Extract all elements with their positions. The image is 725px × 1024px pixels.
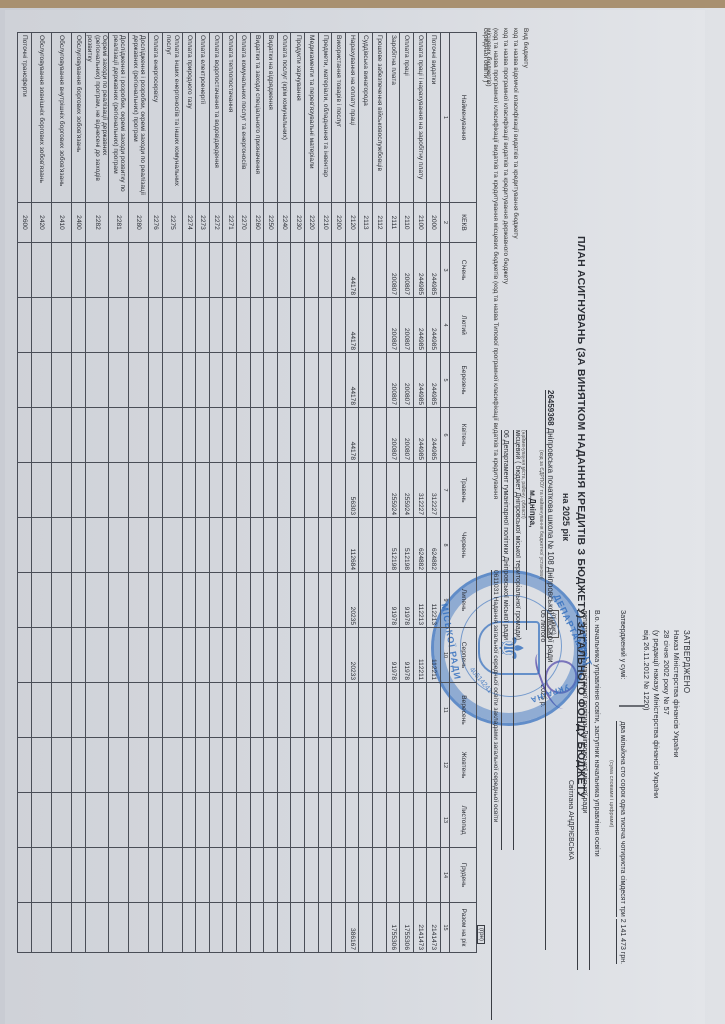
month-value — [32, 848, 52, 903]
month-value — [129, 738, 149, 793]
month-value — [182, 463, 196, 518]
row-total — [18, 903, 32, 953]
desk-edge — [0, 0, 725, 8]
month-value — [305, 793, 319, 848]
approved-sum: Затверджений у сумі: два мільйона сто со… — [606, 610, 627, 970]
month-value — [162, 463, 182, 518]
month-value — [162, 793, 182, 848]
month-value — [209, 518, 223, 573]
city-caption: (найменування міста, району, області) — [520, 430, 527, 630]
month-value: 91978 — [386, 573, 400, 628]
month-value — [345, 683, 359, 738]
row-kekv: 2273 — [196, 203, 210, 243]
row-kekv: 2113 — [359, 203, 373, 243]
month-value — [373, 298, 387, 353]
month-value — [386, 848, 400, 903]
month-value — [32, 573, 52, 628]
month-value — [427, 793, 441, 848]
month-value — [223, 243, 237, 298]
month-value — [250, 353, 264, 408]
column-number: 6 — [441, 408, 450, 463]
month-value — [318, 463, 332, 518]
month-value — [18, 408, 32, 463]
month-value — [250, 463, 264, 518]
month-value — [109, 683, 129, 738]
month-value — [237, 353, 251, 408]
column-header: Травень — [450, 463, 477, 518]
month-value — [162, 518, 182, 573]
month-value — [291, 353, 305, 408]
month-value: 512198 — [386, 518, 400, 573]
month-value — [129, 518, 149, 573]
row-name: Дослідження і розробки, окремі заходи по… — [129, 33, 149, 203]
row-name: Оплата водопостачання та водовідведення — [209, 33, 223, 203]
month-value — [332, 518, 346, 573]
row-kekv: 2112 — [373, 203, 387, 243]
month-value — [332, 738, 346, 793]
row-total — [250, 903, 264, 953]
month-value — [332, 353, 346, 408]
row-name: Оплата інших енергоносіїв та інших комун… — [162, 33, 182, 203]
month-value — [109, 353, 129, 408]
month-value: 44178 — [345, 298, 359, 353]
month-value — [305, 408, 319, 463]
budget-type-label: Вид бюджету — [522, 28, 529, 68]
month-value: 91978 — [400, 573, 414, 628]
month-value — [72, 573, 86, 628]
approval-line: від 26.11.2012 № 1220) — [641, 630, 651, 930]
month-value — [373, 463, 387, 518]
month-value — [109, 738, 129, 793]
month-value — [332, 628, 346, 683]
month-value — [223, 408, 237, 463]
month-value — [129, 628, 149, 683]
month-value — [196, 848, 210, 903]
month-value — [318, 518, 332, 573]
month-value — [277, 463, 291, 518]
month-value — [318, 683, 332, 738]
table-row: Видатки та заходи спеціального призначен… — [250, 33, 264, 953]
month-value — [264, 518, 278, 573]
month-value — [149, 408, 163, 463]
month-value: 112684 — [345, 518, 359, 573]
row-total — [264, 903, 278, 953]
month-value — [359, 793, 373, 848]
month-value — [277, 683, 291, 738]
month-value — [250, 408, 264, 463]
month-value — [427, 738, 441, 793]
row-name: Оплата праці — [400, 33, 414, 203]
month-value — [223, 353, 237, 408]
month-value — [373, 793, 387, 848]
month-value — [318, 573, 332, 628]
month-value — [277, 243, 291, 298]
month-value: 44178 — [345, 353, 359, 408]
table-row: Поточні трансферти2600 — [18, 33, 32, 953]
month-value — [332, 683, 346, 738]
table-row: Дослідження і розробки, окремі заходи ро… — [109, 33, 129, 953]
month-value: 91978 — [400, 628, 414, 683]
month-value — [413, 848, 427, 903]
column-number: 1 — [441, 33, 450, 203]
row-total — [291, 903, 305, 953]
row-kekv: 2110 — [400, 203, 414, 243]
month-value — [223, 628, 237, 683]
row-total: 2141473 — [427, 903, 441, 953]
month-value — [162, 298, 182, 353]
month-value — [149, 738, 163, 793]
document-year: на 2025 рік — [561, 10, 571, 1024]
institution-caption: (код за ЄДРПОУ та найменування бюджетної… — [538, 390, 544, 850]
month-value — [237, 738, 251, 793]
month-value — [52, 298, 72, 353]
month-value: 624882 — [413, 518, 427, 573]
month-value — [277, 298, 291, 353]
month-value — [149, 848, 163, 903]
trident-emblem-icon: ⚜ — [478, 621, 540, 675]
month-value — [52, 408, 72, 463]
row-total: 386167 — [345, 903, 359, 953]
table-row: Оплата теплопостачання2271 — [223, 33, 237, 953]
approved-sum-words: два мільйона сто сорок одна тисяча чотир… — [616, 721, 627, 916]
month-value — [209, 243, 223, 298]
row-total — [149, 903, 163, 953]
month-value — [85, 573, 109, 628]
table-row: Оплата інших енергоносіїв та інших комун… — [162, 33, 182, 953]
month-value — [18, 683, 32, 738]
month-value — [196, 243, 210, 298]
month-value — [386, 683, 400, 738]
month-value — [18, 518, 32, 573]
row-name: Обслуговування внутрішніх боргових зобов… — [52, 33, 72, 203]
row-total: 1755306 — [400, 903, 414, 953]
month-value: 112211 — [413, 628, 427, 683]
column-number: 4 — [441, 298, 450, 353]
month-value — [345, 848, 359, 903]
column-header: Серпень — [450, 628, 477, 683]
month-value: 244985 — [427, 243, 441, 298]
currency-label: (грн) — [477, 925, 485, 944]
month-value — [162, 848, 182, 903]
month-value — [237, 298, 251, 353]
month-value — [129, 353, 149, 408]
month-value — [32, 518, 52, 573]
row-kekv: 2000 — [427, 203, 441, 243]
row-kekv: 2111 — [386, 203, 400, 243]
column-header: Жовтень — [450, 738, 477, 793]
month-value — [291, 573, 305, 628]
budget-type-value: місцевий ( бюджет Дніпровської міської т… — [513, 430, 521, 850]
table-row: Суддівська винагорода2113 — [359, 33, 373, 953]
column-number: 2 — [441, 203, 450, 243]
month-value — [223, 848, 237, 903]
month-value: 255924 — [386, 463, 400, 518]
row-name: Продукти харчування — [291, 33, 305, 203]
kpk-label: код та назва програмної класифікації вид… — [502, 28, 509, 284]
column-header: Листопад — [450, 793, 477, 848]
month-value — [72, 463, 86, 518]
month-value — [305, 738, 319, 793]
row-name: Оплата теплопостачання — [223, 33, 237, 203]
month-value — [250, 628, 264, 683]
month-value — [264, 353, 278, 408]
month-value — [149, 628, 163, 683]
table-column-numbers: 123456789101112131415 — [441, 33, 450, 953]
approval-line: Наказ Міністерства фінансів України — [671, 630, 681, 930]
table-row: Дослідження і розробки, окремі заходи по… — [129, 33, 149, 953]
month-value — [237, 463, 251, 518]
month-value — [400, 738, 414, 793]
row-name: Окремі заходи по реалізації державних (р… — [85, 33, 109, 203]
kvk-label: код та назва відомчої класифікації видат… — [512, 28, 519, 239]
month-value — [359, 848, 373, 903]
month-value — [162, 628, 182, 683]
month-value — [129, 463, 149, 518]
month-value — [332, 573, 346, 628]
month-value — [237, 243, 251, 298]
month-value — [291, 683, 305, 738]
row-total — [359, 903, 373, 953]
month-value — [32, 628, 52, 683]
month-value — [373, 573, 387, 628]
row-kekv: 2230 — [291, 203, 305, 243]
table-row: Обслуговування зовнішніх боргових зобов'… — [32, 33, 52, 953]
kvk-value: 06 Департамент гуманітарної політики Дні… — [501, 430, 509, 850]
month-value: 244985 — [427, 408, 441, 463]
month-value — [291, 738, 305, 793]
month-value — [182, 243, 196, 298]
month-value — [345, 738, 359, 793]
month-value — [196, 573, 210, 628]
month-value — [149, 518, 163, 573]
month-value — [196, 518, 210, 573]
month-value — [264, 243, 278, 298]
month-value — [400, 848, 414, 903]
month-value — [32, 298, 52, 353]
approval-line: 28 січня 2002 року № 57 — [661, 630, 671, 930]
table-row: Грошове забезпечення військовослужбовців… — [373, 33, 387, 953]
month-value — [109, 298, 129, 353]
month-value — [85, 463, 109, 518]
column-number: 9 — [441, 573, 450, 628]
month-value — [109, 518, 129, 573]
month-value — [332, 408, 346, 463]
month-value — [277, 408, 291, 463]
month-value — [32, 738, 52, 793]
row-total — [129, 903, 149, 953]
row-kekv: 2275 — [162, 203, 182, 243]
month-value: 200807 — [386, 408, 400, 463]
table-row: Оплата комунальних послуг та енергоносії… — [237, 33, 251, 953]
month-value — [291, 518, 305, 573]
table-row: Обслуговування внутрішніх боргових зобов… — [52, 33, 72, 953]
month-value: 200807 — [400, 353, 414, 408]
approval-block: ЗАТВЕРДЖЕНО Наказ Міністерства фінансів … — [641, 630, 691, 930]
month-value — [32, 683, 52, 738]
row-kekv: 2240 — [277, 203, 291, 243]
month-value: 112211 — [427, 628, 441, 683]
row-name: Оплата комунальних послуг та енергоносії… — [237, 33, 251, 203]
column-header: Липень — [450, 573, 477, 628]
row-name: Обслуговування зовнішніх боргових зобов'… — [32, 33, 52, 203]
row-total — [32, 903, 52, 953]
row-kekv: 2600 — [18, 203, 32, 243]
month-value — [182, 628, 196, 683]
month-value: 244985 — [427, 298, 441, 353]
month-value — [264, 683, 278, 738]
month-value — [291, 793, 305, 848]
month-value — [250, 518, 264, 573]
row-kekv: 2400 — [72, 203, 86, 243]
month-value — [182, 573, 196, 628]
month-value — [209, 738, 223, 793]
month-value — [18, 298, 32, 353]
column-number: 8 — [441, 518, 450, 573]
month-value — [149, 573, 163, 628]
table-row: Оплата енергосервісу2276 — [149, 33, 163, 953]
table-row: Оплата послуг (крім комунальних)2240 — [277, 33, 291, 953]
month-value — [305, 518, 319, 573]
city: м.Дніпра, — [528, 490, 537, 527]
row-kekv: 2220 — [305, 203, 319, 243]
month-value — [305, 463, 319, 518]
month-value — [318, 353, 332, 408]
document-title: ПЛАН АСИГНУВАНЬ (ЗА ВИНЯТКОМ НАДАННЯ КРЕ… — [575, 10, 587, 1024]
month-value — [109, 463, 129, 518]
table-row: Предмети, матеріали, обладнання та інвен… — [318, 33, 332, 953]
month-value — [359, 683, 373, 738]
row-kekv: 2282 — [85, 203, 109, 243]
month-value — [386, 738, 400, 793]
month-value — [162, 408, 182, 463]
table-row: Оплата праці2110200807200807200807200807… — [400, 33, 414, 953]
month-value — [18, 463, 32, 518]
institution: 26459368 Дніпровська початкова школа № 1… — [545, 390, 555, 950]
column-header: КЕКВ — [450, 203, 477, 243]
month-value — [52, 793, 72, 848]
month-value — [196, 628, 210, 683]
month-value — [72, 793, 86, 848]
month-value — [237, 683, 251, 738]
month-value — [72, 848, 86, 903]
month-value: 312227 — [413, 463, 427, 518]
approval-heading: ЗАТВЕРДЖЕНО — [681, 630, 691, 930]
month-value: 200807 — [386, 243, 400, 298]
month-value — [237, 793, 251, 848]
row-name: Поточні видатки — [427, 33, 441, 203]
month-value — [305, 298, 319, 353]
column-header: Квітень — [450, 408, 477, 463]
month-value — [318, 793, 332, 848]
month-value — [196, 408, 210, 463]
row-total — [162, 903, 182, 953]
month-value: 112213 — [413, 573, 427, 628]
month-value — [129, 848, 149, 903]
month-value — [52, 518, 72, 573]
month-value — [332, 848, 346, 903]
month-value — [72, 628, 86, 683]
table-row: Поточні видатки2000244985244985244985244… — [427, 33, 441, 953]
month-value — [149, 463, 163, 518]
month-value — [373, 518, 387, 573]
month-value — [209, 463, 223, 518]
month-value — [182, 738, 196, 793]
month-value — [18, 243, 32, 298]
month-value — [196, 298, 210, 353]
month-value — [427, 683, 441, 738]
column-header: Червень — [450, 518, 477, 573]
month-value — [209, 298, 223, 353]
month-value: 200807 — [400, 243, 414, 298]
month-value: 200807 — [386, 353, 400, 408]
kpkm-tail: середньої освіти ) — [482, 28, 489, 82]
month-value — [373, 353, 387, 408]
row-name: Видатки на відрядження — [264, 33, 278, 203]
month-value — [373, 848, 387, 903]
month-value: 44178 — [345, 243, 359, 298]
approved-sum-label: Затверджений у сумі: — [619, 610, 626, 679]
month-value — [223, 683, 237, 738]
row-name: Медикаменти та перев'язувальні матеріали — [305, 33, 319, 203]
month-value — [109, 848, 129, 903]
month-value — [250, 738, 264, 793]
month-value — [359, 298, 373, 353]
row-name: Оплата послуг (крім комунальних) — [277, 33, 291, 203]
column-header: Найменування — [450, 33, 477, 203]
month-value — [182, 408, 196, 463]
month-value — [209, 573, 223, 628]
month-value — [277, 848, 291, 903]
month-value — [237, 408, 251, 463]
month-value — [52, 738, 72, 793]
row-name: Нарахування на оплату праці — [345, 33, 359, 203]
month-value — [223, 793, 237, 848]
month-value: 624882 — [427, 518, 441, 573]
month-value — [85, 848, 109, 903]
month-value — [129, 243, 149, 298]
row-kekv: 2260 — [250, 203, 264, 243]
month-value — [332, 243, 346, 298]
month-value — [182, 353, 196, 408]
row-name: Суддівська винагорода — [359, 33, 373, 203]
column-header: Лютий — [450, 298, 477, 353]
month-value — [332, 298, 346, 353]
month-value — [52, 573, 72, 628]
row-kekv: 2274 — [182, 203, 196, 243]
month-value — [52, 683, 72, 738]
month-value — [149, 298, 163, 353]
row-total — [85, 903, 109, 953]
table-row: Окремі заходи по реалізації державних (р… — [85, 33, 109, 953]
month-value: 244985 — [413, 243, 427, 298]
month-value — [277, 573, 291, 628]
month-value — [52, 243, 72, 298]
row-kekv: 2276 — [149, 203, 163, 243]
month-value — [386, 793, 400, 848]
table-row: Оплата електроенергії2273 — [196, 33, 210, 953]
month-value — [196, 463, 210, 518]
month-value: 20235 — [345, 573, 359, 628]
month-value — [237, 518, 251, 573]
row-name: Грошове забезпечення військовослужбовців — [373, 33, 387, 203]
row-total — [109, 903, 129, 953]
column-header: Березень — [450, 353, 477, 408]
kpkm-label: (код та назва програмної класифікації ви… — [485, 28, 499, 508]
month-value — [32, 353, 52, 408]
month-value — [129, 408, 149, 463]
month-value — [129, 793, 149, 848]
month-value — [250, 243, 264, 298]
